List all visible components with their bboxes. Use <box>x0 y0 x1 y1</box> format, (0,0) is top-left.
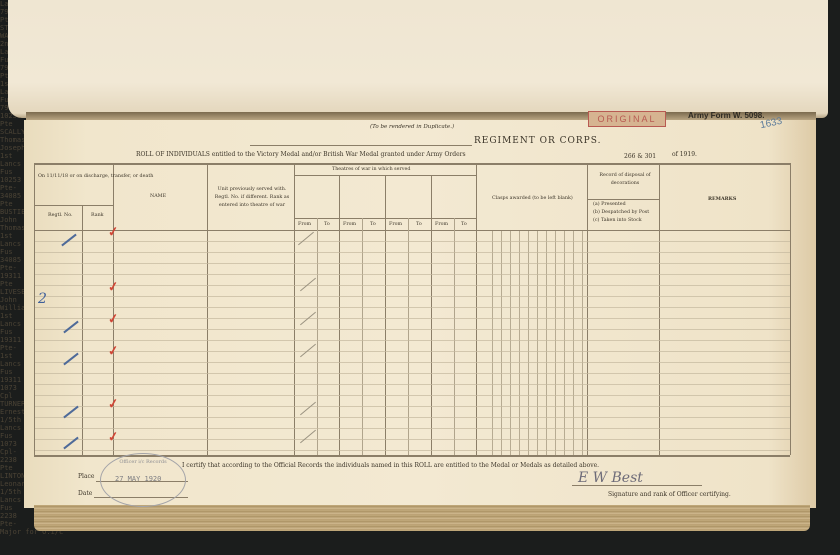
upper-ledger-page <box>8 0 828 118</box>
orders-year: of 1919. <box>672 151 697 158</box>
header-from: From <box>343 222 356 227</box>
place-label: Place <box>78 473 94 480</box>
signature-line <box>572 485 702 486</box>
header-name: NAME <box>150 194 166 199</box>
records-office-stamp: Officer i/c Records 27 MAY 1920 <box>100 453 186 507</box>
officer-signature: E W Best <box>578 470 643 486</box>
table-top-rule <box>34 163 790 165</box>
regiment-underline <box>250 145 472 146</box>
duplicate-instruction: (To be rendered in Duplicate.) <box>370 124 454 130</box>
red-check-mark: ✓ <box>107 343 120 359</box>
red-check-mark: ✓ <box>107 279 120 295</box>
original-stamp: ORIGINAL <box>588 111 666 127</box>
roll-title: ROLL OF INDIVIDUALS entitled to the Vict… <box>136 151 466 158</box>
disposal-rule <box>587 199 659 200</box>
date-label: Date <box>78 490 92 497</box>
header-theatres: Theatres of war in which served <box>332 167 410 172</box>
header-disposal: Record of disposal of decorations <box>598 172 652 188</box>
red-check-mark: ✓ <box>107 429 120 445</box>
signature-label: Signature and rank of Officer certifying… <box>608 491 731 498</box>
header-sub-rule <box>34 205 113 206</box>
army-orders-number: 266 & 301 <box>624 153 656 160</box>
header-from: From <box>298 222 311 227</box>
disposal-option-a: (a) Presented <box>593 202 626 207</box>
header-from: From <box>389 222 402 227</box>
header-regt-no: Regtl. No. <box>48 213 73 218</box>
red-check-mark: ✓ <box>107 224 120 240</box>
regiment-label: REGIMENT OR CORPS. <box>474 136 601 146</box>
row-ruling <box>35 231 790 455</box>
header-to: To <box>370 222 376 227</box>
stamp-text: Officer i/c Records <box>101 459 185 465</box>
page-edges <box>34 505 810 531</box>
army-form-number: Army Form W. 5098. <box>688 111 764 120</box>
header-unit: Unit previously served with. Regtl. No. … <box>212 186 292 210</box>
header-on-date: On 11/11/18 or on discharge, transfer, o… <box>38 174 153 179</box>
stamp-date: 27 MAY 1920 <box>115 475 161 483</box>
header-remarks: REMARKS <box>708 196 736 202</box>
header-to: To <box>461 222 467 227</box>
header-clasps: Clasps awarded (to be left blank) <box>492 196 573 201</box>
col-divider <box>790 163 791 455</box>
header-from: From <box>435 222 448 227</box>
red-check-mark: ✓ <box>107 311 120 327</box>
disposal-option-c: (c) Taken into Stock <box>593 218 642 223</box>
header-rank: Rank <box>91 213 104 218</box>
margin-note: 2 <box>38 291 47 307</box>
certification-text: I certify that according to the Official… <box>182 462 599 469</box>
header-to: To <box>416 222 422 227</box>
disposal-option-b: (b) Despatched by Post <box>593 210 649 215</box>
header-to: To <box>324 222 330 227</box>
red-check-mark: ✓ <box>107 396 120 412</box>
